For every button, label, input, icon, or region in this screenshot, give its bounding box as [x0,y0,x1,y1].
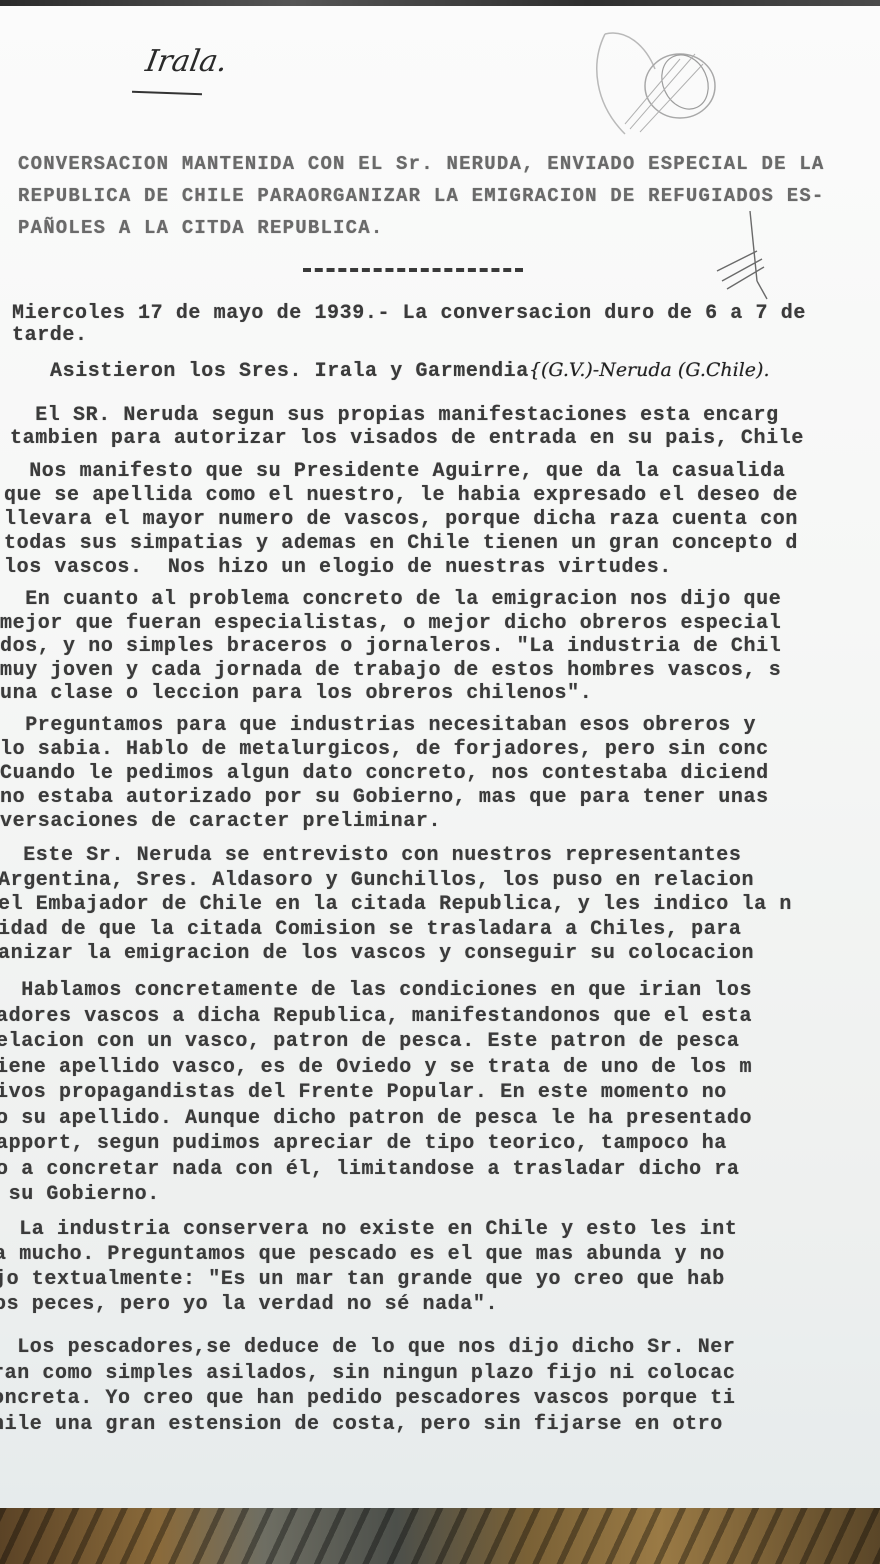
heading-line: REPUBLICA DE CHILE PARAORGANIZAR LA EMIG… [18,184,825,208]
paragraph-line: Este Sr. Neruda se entrevisto con nuestr… [0,844,742,868]
handwritten-name: Irala. [143,44,230,79]
paragraph-line: a mucho. Preguntamos que pescado es el q… [0,1243,725,1267]
paragraph-line: oncreta. Yo creo que han pedido pescador… [0,1387,736,1411]
paragraph-line: tambien para autorizar los visados de en… [10,427,804,451]
typewritten-page: Irala. CONVERSACION MANTENIDA CON EL Sr.… [0,6,880,1510]
paragraph-line: mejor que fueran especialistas, o mejor … [0,612,781,636]
paragraph-line: ivos propagandistas del Frente Popular. … [0,1081,727,1105]
handwritten-annotation: {(G.V.)-Neruda (G.Chile). [529,359,770,381]
paragraph-line: ran como simples asilados, sin ningun pl… [0,1362,736,1386]
paragraph-line: el Embajador de Chile en la citada Repub… [0,893,792,917]
paragraph-line: Cuando le pedimos algun dato concreto, n… [0,762,769,786]
desk-background [0,1508,880,1564]
heading-line: PAÑOLES A LA CITDA REPUBLICA. [18,216,383,240]
paragraph-line: os peces, pero yo la verdad no sé nada". [0,1293,498,1317]
paragraph-line: llevara el mayor numero de vascos, porqu… [4,508,798,532]
pencil-scribble-mark [585,24,730,144]
paragraph-line: Los pescadores,se deduce de lo que nos d… [0,1336,736,1360]
paragraph-line: los vascos. Nos hizo un elogio de nuestr… [4,556,672,580]
paragraph-line: En cuanto al problema concreto de la emi… [0,588,781,612]
paragraph-line: que se apellida como el nuestro, le habi… [4,484,798,508]
paragraph-line: una clase o leccion para los obreros chi… [0,682,592,706]
paragraph-line: dos, y no simples braceros o jornaleros.… [0,635,781,659]
paragraph-line: Preguntamos para que industrias necesita… [0,714,756,738]
paragraph-line: Argentina, Sres. Aldasoro y Gunchillos, … [0,869,754,893]
handwritten-underline [132,91,202,95]
paragraph-line: muy joven y cada jornada de trabajo de e… [0,659,781,683]
paragraph-line: hile una gran estension de costa, pero s… [0,1413,723,1437]
heading-line: CONVERSACION MANTENIDA CON EL Sr. NERUDA… [18,152,825,176]
paragraph-line: versaciones de caracter preliminar. [0,810,441,834]
paragraph-line: lo sabia. Hablo de metalurgicos, de forj… [0,738,769,762]
separator-rule [303,268,523,272]
paragraph-line: no estaba autorizado por su Gobierno, ma… [0,786,769,810]
attendees-line: Asistieron los Sres. Irala y Garmendia{(… [50,358,769,384]
paragraph-line: todas sus simpatias y ademas en Chile ti… [4,532,798,556]
paragraph-line: iene apellido vasco, es de Oviedo y se t… [0,1056,752,1080]
paragraph-line: El SR. Neruda segun sus propias manifest… [10,404,779,428]
date-line: tarde. [12,324,88,348]
paragraph-line: jo textualmente: "Es un mar tan grande q… [0,1268,725,1292]
paragraph-line: o su apellido. Aunque dicho patron de pe… [0,1107,752,1131]
paragraph-line: idad de que la citada Comision se trasla… [0,918,742,942]
pencil-tick-mark [712,211,772,306]
paragraph-line: Hablamos concretamente de las condicione… [0,979,752,1003]
paragraph-line: anizar la emigracion de los vascos y con… [0,942,754,966]
paragraph-line: La industria conservera no existe en Chi… [0,1218,738,1242]
paragraph-line: apport, segun pudimos apreciar de tipo t… [0,1132,727,1156]
date-line: Miercoles 17 de mayo de 1939.- La conver… [12,302,806,326]
paragraph-line: elacion con un vasco, patron de pesca. E… [0,1030,740,1054]
paragraph-line: su Gobierno. [0,1183,160,1207]
paragraph-line: Nos manifesto que su Presidente Aguirre,… [4,460,785,484]
paragraph-line: o a concretar nada con él, limitandose a… [0,1158,740,1182]
paragraph-line: adores vascos a dicha Republica, manifes… [0,1005,752,1029]
